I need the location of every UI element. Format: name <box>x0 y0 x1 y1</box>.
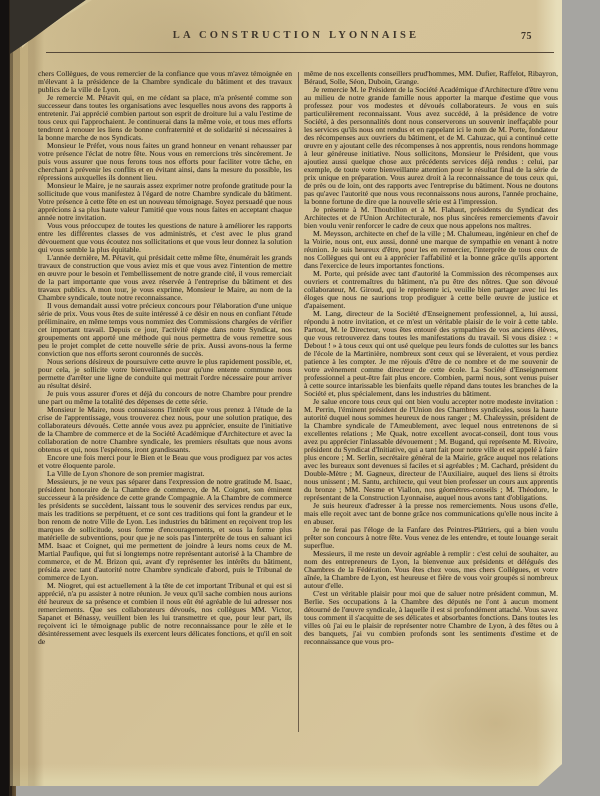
journal-page: LA CONSTRUCTION LYONNAISE 75 chers Collè… <box>10 0 562 786</box>
column-divider-rule <box>298 72 299 732</box>
paragraph: M. Niogret, qui est actuellement à la tê… <box>38 582 292 646</box>
paragraph: M. Porte, qui préside avec tant d'autori… <box>304 270 558 310</box>
paragraph: M. Lang, directeur de la Société d'Ensei… <box>304 310 558 398</box>
paragraph: Encore une fois merci pour le Bien et le… <box>38 454 292 470</box>
paragraph: Nous serions désireux de poursuivre cett… <box>38 358 292 390</box>
paragraph: Messieurs, il me reste un devoir agréabl… <box>304 550 558 590</box>
text-column-left: chers Collègues, de vous remercier de la… <box>38 70 292 738</box>
page-number: 75 <box>521 31 532 42</box>
paragraph: Monsieur le Maire, je ne saurais assez e… <box>38 182 292 222</box>
paragraph: Je présente à M. Thoubillon et à M. Flah… <box>304 206 558 230</box>
paragraph: Je suis heureux d'adresser à la presse n… <box>304 502 558 526</box>
scanned-journal-photo: LA CONSTRUCTION LYONNAISE 75 chers Collè… <box>0 0 600 796</box>
paragraph: Je remercie M. le Président de la Sociét… <box>304 86 558 206</box>
paragraph: Je remercie M. Pétavit qui, en me cédant… <box>38 94 292 142</box>
paragraph: Je salue encore tous ceux qui ont bien v… <box>304 398 558 502</box>
paragraph: même de nos excellents conseillers prud'… <box>304 70 558 86</box>
paragraph: Monsieur le Préfet, vous nous faites un … <box>38 142 292 182</box>
journal-title: LA CONSTRUCTION LYONNAISE <box>38 30 554 41</box>
two-column-text-block: chers Collègues, de vous remercier de la… <box>38 70 558 738</box>
paragraph: Vous vous préoccupez de toutes les quest… <box>38 222 292 254</box>
header-rule <box>46 52 554 53</box>
paragraph: L'année dernière, M. Pétavit, qui présid… <box>38 254 292 302</box>
paragraph: C'est un véritable plaisir pour moi que … <box>304 590 558 646</box>
paragraph: chers Collègues, de vous remercier de la… <box>38 70 292 94</box>
paragraph: Monsieur le Maire, nous connaissons l'in… <box>38 406 292 454</box>
page-header: LA CONSTRUCTION LYONNAISE 75 <box>38 30 554 60</box>
paragraph: Il vous demandait aussi votre précieux c… <box>38 302 292 358</box>
paragraph: Je puis vous assurer d'ores et déjà du c… <box>38 390 292 406</box>
text-column-right: même de nos excellents conseillers prud'… <box>304 70 558 738</box>
paragraph: M. Meysson, architecte en chef de la vil… <box>304 230 558 270</box>
paragraph: Messieurs, je ne veux pas séparer dans l… <box>38 478 292 582</box>
paragraph: Je ne ferai pas l'éloge de la Fanfare de… <box>304 526 558 550</box>
